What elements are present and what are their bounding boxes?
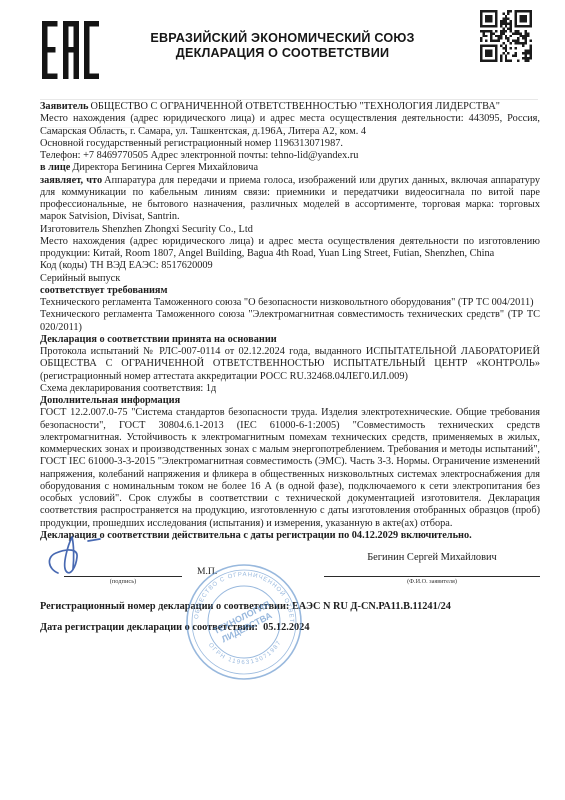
applicant-address: Место нахождения (адрес юридического лиц… — [40, 113, 540, 138]
declares-text: Аппаратура для передачи и приема голоса,… — [40, 175, 540, 223]
signature-line — [64, 576, 182, 577]
mp-label: М.П. — [197, 566, 217, 577]
basis-heading: Декларация о соответствии принята на осн… — [40, 334, 540, 346]
registration-date-value: 05.12.2024 — [263, 622, 309, 633]
scan-artifact-line — [40, 99, 538, 100]
signature-block: (подпись) М.П. Бегинин Сергей Михайлович… — [40, 545, 540, 601]
represented-by-line: в лицеДиректора Бегинина Сергея Михайлов… — [40, 162, 540, 174]
regulation-item: Технического регламента Таможенного союз… — [40, 309, 540, 334]
ogrn-line: Основной государственный регистрационный… — [40, 138, 540, 150]
scheme-line: Схема декларирования соответствия: 1д — [40, 383, 540, 395]
document-title-block: ЕВРАЗИЙСКИЙ ЭКОНОМИЧЕСКИЙ СОЮЗ ДЕКЛАРАЦИ… — [110, 31, 455, 61]
eac-mark-icon — [42, 21, 99, 79]
applicant-text: ОБЩЕСТВО С ОГРАНИЧЕННОЙ ОТВЕТСТВЕННОСТЬЮ… — [91, 101, 501, 112]
qr-code-icon — [480, 10, 532, 62]
regulation-item: Технического регламента Таможенного союз… — [40, 297, 540, 309]
tn-ved-line: Код (коды) ТН ВЭД ЕАЭС: 8517620009 — [40, 260, 540, 272]
applicant-label: Заявитель — [40, 101, 91, 112]
stamp-ogrn-text: ОГРН 1196313071987 — [207, 639, 283, 666]
manufacturer-address: Место нахождения (адрес юридического лиц… — [40, 236, 540, 261]
declares-label: заявляет, что — [40, 175, 104, 186]
serial-line: Серийный выпуск — [40, 273, 540, 285]
registration-number-value: ЕАЭС N RU Д-CN.РА11.В.11241/24 — [292, 601, 451, 612]
applicant-fio: Бегинин Сергей Михайлович — [324, 552, 540, 563]
declaration-document: ЕВРАЗИЙСКИЙ ЭКОНОМИЧЕСКИЙ СОЮЗ ДЕКЛАРАЦИ… — [0, 0, 565, 800]
doc-title: ДЕКЛАРАЦИЯ О СООТВЕТСТВИИ — [110, 46, 455, 61]
complies-heading: соответствует требованиям — [40, 285, 540, 297]
svg-text:ОГРН 1196313071987: ОГРН 1196313071987 — [207, 639, 283, 666]
registration-number-label: Регистрационный номер декларации о соотв… — [40, 601, 289, 612]
applicant-line: ЗаявительОБЩЕСТВО С ОГРАНИЧЕННОЙ ОТВЕТСТ… — [40, 101, 540, 113]
document-header: ЕВРАЗИЙСКИЙ ЭКОНОМИЧЕСКИЙ СОЮЗ ДЕКЛАРАЦИ… — [0, 0, 565, 98]
fio-line — [324, 576, 540, 577]
fio-caption: (Ф.И.О. заявителя) — [324, 578, 540, 585]
basis-text: Протокола испытаний № РЛС-007-0114 от 02… — [40, 346, 540, 383]
represented-by-label: в лице — [40, 162, 72, 173]
contacts-line: Телефон: +7 8469770505 Адрес электронной… — [40, 150, 540, 162]
registration-number-line: Регистрационный номер декларации о соотв… — [40, 601, 540, 613]
registration-date-label: Дата регистрации декларации о соответств… — [40, 622, 258, 633]
handwritten-signature — [44, 529, 164, 583]
additional-text: ГОСТ 12.2.007.0-75 "Система стандартов б… — [40, 407, 540, 530]
declaration-body: ЗаявительОБЩЕСТВО С ОГРАНИЧЕННОЙ ОТВЕТСТ… — [40, 101, 540, 635]
additional-heading: Дополнительная информация — [40, 395, 540, 407]
declares-line: заявляет, чтоАппаратура для передачи и п… — [40, 175, 540, 224]
signature-caption: (подпись) — [64, 578, 182, 585]
registration-date-line: Дата регистрации декларации о соответств… — [40, 622, 540, 634]
represented-by-text: Директора Бегинина Сергея Михайловича — [72, 162, 258, 173]
union-name: ЕВРАЗИЙСКИЙ ЭКОНОМИЧЕСКИЙ СОЮЗ — [110, 31, 455, 46]
manufacturer-line: Изготовитель Shenzhen Zhongxi Security C… — [40, 224, 540, 236]
